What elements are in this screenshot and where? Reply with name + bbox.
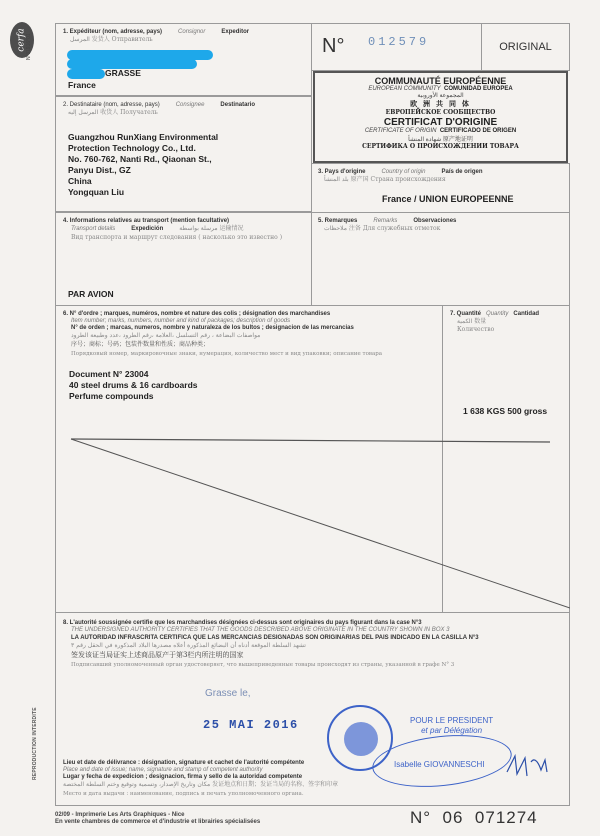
- goods-line: Perfume compounds: [69, 391, 198, 402]
- remarks-title-en: Remarks: [373, 218, 397, 224]
- number-prefix: N°: [322, 35, 344, 58]
- remarks-multilang: ملاحظات 注备 Для служебных отметок: [324, 225, 440, 233]
- goods-line: 40 steel drums & 16 cardboards: [69, 380, 198, 391]
- box-goods-description: 6. N° d'ordre ; marques, numéros, nombre…: [55, 305, 443, 613]
- box-certification: 8. L'autorité soussignée certifie que le…: [55, 612, 570, 806]
- consignee-title-fr: 2. Destinataire (nom, adresse, pays): [63, 102, 160, 108]
- form-number: N°11916*01: [26, 33, 32, 60]
- box-remarks: 5. RemarquesRemarksObservaciones ملاحظات…: [311, 212, 570, 306]
- eu-certificate-header: COMMUNAUTÉ EUROPÉENNE EUROPEAN COMMUNITY…: [313, 71, 568, 163]
- consignee-line: Protection Technology Co., Ltd.: [68, 143, 218, 154]
- issue-place: Grasse le,: [205, 688, 251, 699]
- consignor-city: GRASSE: [105, 68, 141, 79]
- remarks-title-fr: 5. Remarques: [318, 218, 357, 224]
- eu-title-fr: COMMUNAUTÉ EUROPÉENNE: [315, 76, 566, 86]
- consignor-title-en: Consignor: [178, 29, 205, 35]
- eu-title-ar: المجموعة الأوروبية: [315, 92, 566, 99]
- president-stamp: POUR LE PRESIDENT et par Délégation: [410, 716, 493, 736]
- goods-line: Document N° 23004: [69, 369, 198, 380]
- president-line2: et par Délégation: [410, 726, 493, 736]
- consignee-title-en: Consignee: [176, 102, 205, 108]
- consignee-line: Panyu Dist., GZ: [68, 165, 218, 176]
- goods-title-ar: مواصفات البضاعة ، رقم التسلسل ،العلامة ،…: [71, 332, 260, 340]
- box-transport-details: 4. Informations relatives au transport (…: [55, 212, 312, 306]
- box-country-of-origin: 3. Pays d'origineCountry of originPaís d…: [311, 163, 570, 213]
- quantity-multilang: الكمية 数量: [457, 318, 486, 326]
- footer-serial-number: N° 06 071274: [410, 808, 538, 828]
- cert-line-en: THE UNDERSIGNED AUTHORITY CERTIFIES THAT…: [71, 627, 450, 633]
- quantity-value: 1 638 KGS 500 gross: [463, 406, 547, 417]
- origin-country: France / UNION EUROPEENNE: [382, 194, 514, 205]
- cert-line-ar: تشهد السلطة الموقعة أدناه أن البضائع الم…: [71, 642, 306, 650]
- issue-date-stamp: 25 MAI 2016: [203, 718, 299, 732]
- consignor-country: France: [68, 80, 96, 91]
- certificate-page: cerfa N°11916*01 REPRODUCTION INTERDITE …: [0, 0, 600, 836]
- reproduction-notice: REPRODUCTION INTERDITE: [32, 707, 38, 780]
- quantity-russian: Количество: [457, 326, 494, 334]
- quantity-title-en: Quantity: [486, 311, 508, 317]
- quantity-title-fr: 7. Quantité: [450, 311, 481, 317]
- cert-line-es: LA AUTORIDAD INFRASCRITA CERTIFICA QUE L…: [71, 635, 479, 641]
- consignee-multilang: المرسل إليه 收货人 Получатель: [68, 109, 158, 117]
- eu-title-zh: 欧 洲 共 同 体: [315, 99, 566, 109]
- certificate-title-ar-zh: شهادة المنشأ 原产地证明: [315, 134, 566, 143]
- box-consignor: 1. Expéditeur (nom, adresse, pays)Consig…: [55, 23, 312, 96]
- origin-title-en: Country of origin: [381, 169, 425, 175]
- goods-title-zh: 序号；商标；号码；包装件数量和性质；商品种类；: [71, 341, 209, 349]
- printer-line1: 02/09 - Imprimerie Les Arts Graphiques -…: [55, 812, 260, 819]
- consignor-multilang: المرسل 发货人 Отправитель: [70, 36, 153, 44]
- origin-title-es: País de origen: [441, 169, 482, 175]
- certificate-title-ru: СЕРТИФИКА О ПРОИСХОЖДЕНИИ ТОВАРА: [315, 143, 566, 150]
- origin-title-fr: 3. Pays d'origine: [318, 169, 365, 175]
- transport-title-en: Transport details: [71, 226, 115, 232]
- transport-title-es: Expedición: [131, 226, 163, 232]
- certificate-number: 012579: [368, 35, 429, 49]
- handwritten-signature: [505, 752, 555, 782]
- quantity-title-es: Cantidad: [513, 311, 539, 317]
- box-quantity: 7. Quantité Quantity Cantidad الكمية 数量 …: [442, 305, 570, 613]
- transport-multilang: مرسلة بواسطة 运输情况: [179, 225, 243, 232]
- transport-russian: Вид транспорта и маршрут следования ( на…: [71, 234, 282, 242]
- printer-line2: En vente chambres de commerce et d'indus…: [55, 819, 260, 826]
- goods-title-es: N° de orden ; marcas, numeros, nombre y …: [71, 325, 354, 331]
- consignor-title-es: Expeditor: [221, 29, 249, 35]
- issue-line-ru: Место и дата выдачи : наименование, подп…: [63, 790, 304, 798]
- footer-number-value: 071274: [475, 808, 538, 827]
- seal-emblem-icon: [344, 722, 378, 756]
- consignee-address: Guangzhou RunXiang Environmental Protect…: [68, 132, 218, 198]
- footer-number-prefix: N°: [410, 808, 431, 827]
- cert-line-zh: 签发该证当局证实上述商品原产于第3栏内所注明的国家: [71, 651, 243, 659]
- goods-title-ru: Порядковый номер, маркировочные знаки, н…: [71, 350, 382, 358]
- eu-title-ru: ЕВРОПЕЙСКОЕ СООБЩЕСТВО: [315, 109, 566, 116]
- consignee-line: Yongquan Liu: [68, 187, 218, 198]
- transport-mode: PAR AVION: [68, 289, 114, 300]
- consignee-line: China: [68, 176, 218, 187]
- consignee-line: Guangzhou RunXiang Environmental: [68, 132, 218, 143]
- remarks-title-es: Observaciones: [413, 218, 456, 224]
- issue-line-ar-zh: مكان وتاريخ الإصدار، وتسمية وتوقيع وختم …: [63, 781, 338, 789]
- certificate-number-box: N° 012579: [311, 23, 482, 71]
- president-line1: POUR LE PRESIDENT: [410, 716, 493, 726]
- printer-info: 02/09 - Imprimerie Les Arts Graphiques -…: [55, 812, 260, 826]
- redaction-bar: [67, 69, 105, 79]
- consignor-title-fr: 1. Expéditeur (nom, adresse, pays): [63, 29, 162, 35]
- original-label: ORIGINAL: [481, 23, 570, 71]
- box-consignee: 2. Destinataire (nom, adresse, pays)Cons…: [55, 96, 312, 212]
- issue-line-es: Lugar y fecha de expedicion ; designacio…: [63, 774, 302, 780]
- consignee-title-es: Destinatario: [220, 102, 255, 108]
- origin-multilang: بلد المنشأ 原产国 Страна происхождения: [324, 176, 446, 184]
- transport-title-fr: 4. Informations relatives au transport (…: [63, 218, 229, 224]
- goods-lines: Document N° 23004 40 steel drums & 16 ca…: [69, 369, 198, 402]
- certificate-title-fr: CERTIFICAT D'ORIGINE: [315, 117, 566, 128]
- consignee-line: No. 760-762, Nanti Rd., Qiaonan St.,: [68, 154, 218, 165]
- cert-line-ru: Подписавший уполномоченный орган удостов…: [71, 661, 454, 669]
- signatory-name: Isabelle GIOVANNESCHI: [394, 760, 485, 769]
- footer-number-series: 06: [443, 808, 464, 827]
